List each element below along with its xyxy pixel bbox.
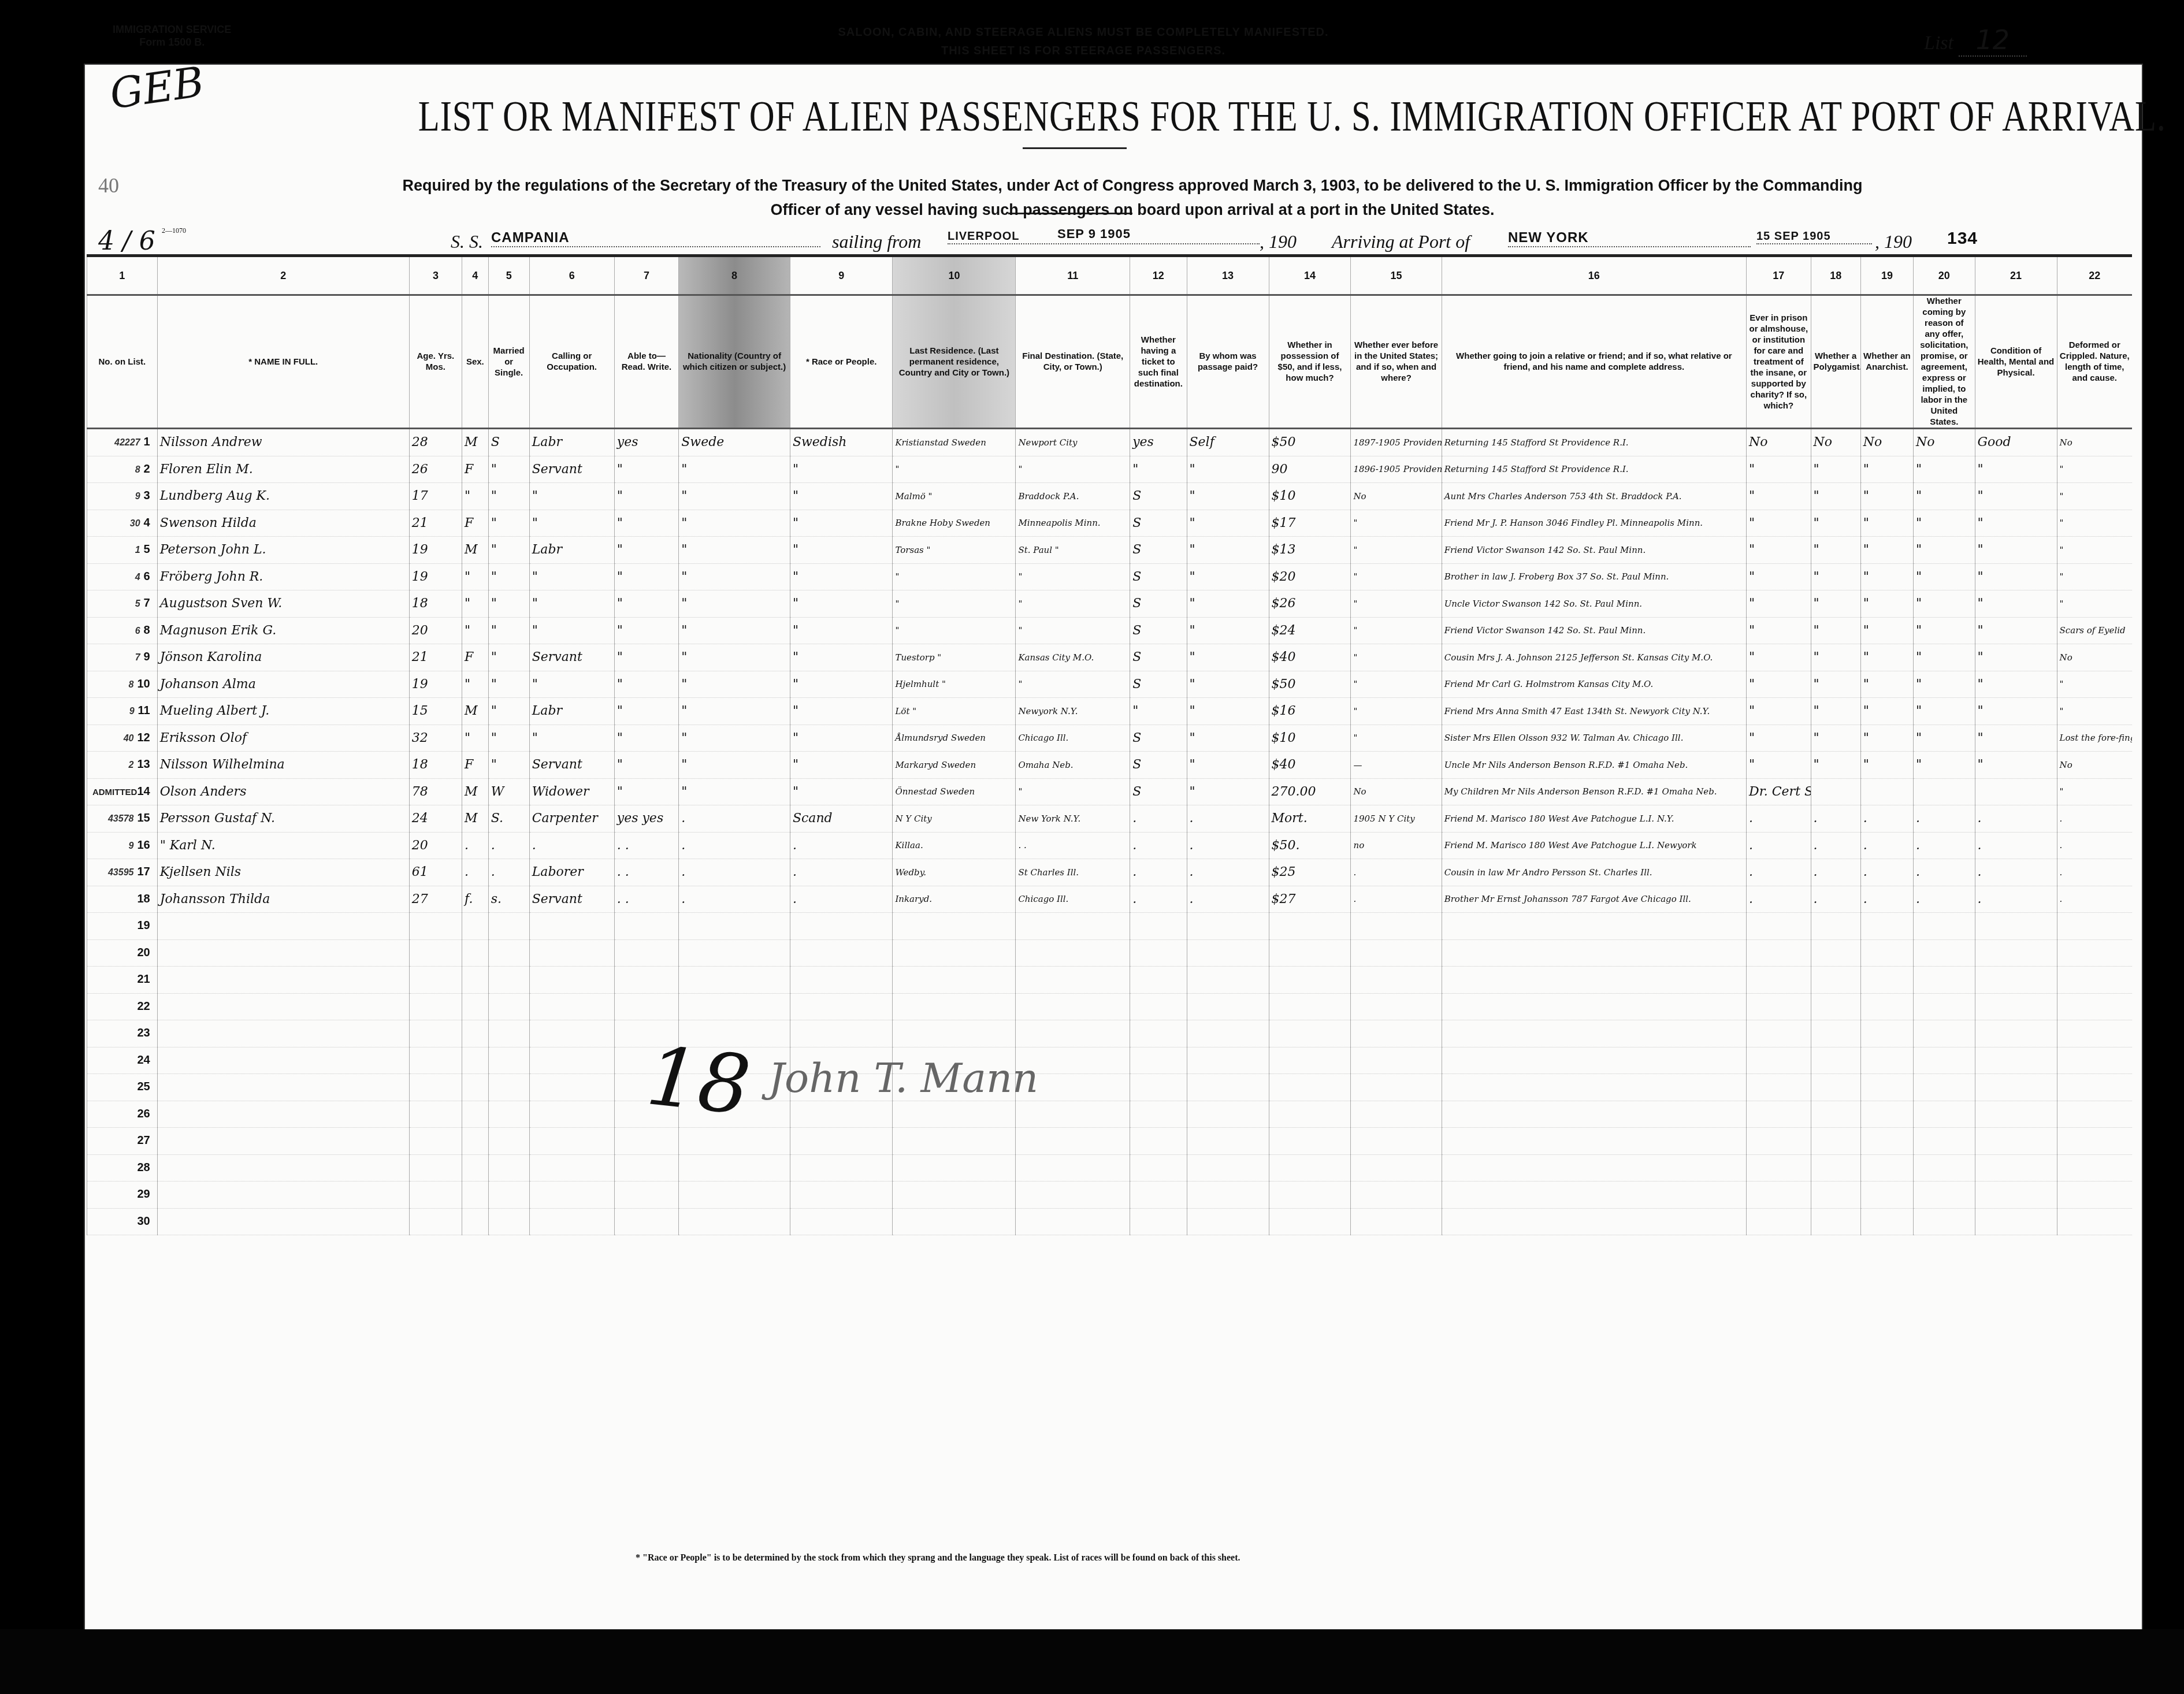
- cell-nationality: Swede: [679, 429, 790, 456]
- empty-cell: [1442, 1128, 1746, 1155]
- cell-name: Olson Anders: [157, 778, 409, 805]
- empty-cell: [462, 1047, 489, 1074]
- empty-cell: [1811, 1182, 1860, 1209]
- cell-health: ": [1975, 510, 2057, 537]
- row-no: 15: [137, 812, 150, 824]
- empty-cell: [893, 993, 1016, 1020]
- empty-cell: [1914, 1074, 1975, 1101]
- cell-polygamist: ": [1811, 537, 1860, 564]
- cell-destination: New York N.Y.: [1016, 805, 1130, 833]
- empty-cell: [1860, 1182, 1913, 1209]
- cell-health: ": [1975, 483, 2057, 510]
- empty-cell: [1442, 1074, 1746, 1101]
- empty-cell: [2057, 993, 2132, 1020]
- cell-occupation: ": [529, 725, 614, 752]
- empty-cell: [1860, 993, 1913, 1020]
- empty-cell: [790, 993, 892, 1020]
- cell-residence: Markaryd Sweden: [893, 752, 1016, 779]
- empty-cell: [1442, 939, 1746, 967]
- cell-read-write: ": [614, 617, 679, 644]
- empty-cell: [1187, 1074, 1269, 1101]
- cell-anarchist: ": [1860, 617, 1913, 644]
- cell-paid-by: ": [1187, 563, 1269, 590]
- empty-cell: [1914, 1128, 1975, 1155]
- cell-before-us: ": [1351, 671, 1442, 698]
- cell-name: Lundberg Aug K.: [157, 483, 409, 510]
- row-annotation: 4: [135, 573, 140, 582]
- empty-cell: [529, 993, 614, 1020]
- table-row: 304Swenson Hilda21F"""""Brakne Hoby Swed…: [87, 510, 2133, 537]
- cell-polygamist: ": [1811, 698, 1860, 725]
- cell-ticket: ": [1130, 456, 1187, 483]
- cell-age: 17: [409, 483, 462, 510]
- row-number: 422271: [87, 429, 158, 456]
- row-number: 23: [87, 1020, 158, 1047]
- cell-polygamist: .: [1811, 832, 1860, 859]
- cell-married: S.: [488, 805, 529, 833]
- cell-deformed: ": [2057, 537, 2132, 564]
- cell-prison: ": [1747, 752, 1811, 779]
- table-row: 4359517Kjellsen Nils61..Laborer. ...Wedb…: [87, 859, 2133, 886]
- cell-join: Friend Victor Swanson 142 So. St. Paul M…: [1442, 617, 1746, 644]
- empty-cell: [2057, 1101, 2132, 1128]
- cell-married: ": [488, 456, 529, 483]
- cell-anarchist: ": [1860, 537, 1913, 564]
- cell-read-write: ": [614, 698, 679, 725]
- empty-cell: [157, 939, 409, 967]
- cell-name: Persson Gustaf N.: [157, 805, 409, 833]
- cell-prison: .: [1747, 832, 1811, 859]
- cell-residence: Tuestorp ": [893, 644, 1016, 671]
- empty-cell: [679, 993, 790, 1020]
- cell-prison: ": [1747, 644, 1811, 671]
- cell-ticket: yes: [1130, 429, 1187, 456]
- row-number: 810: [87, 671, 158, 698]
- empty-cell: [1747, 939, 1811, 967]
- tally-mark: 18: [642, 1029, 755, 1134]
- table-row: 911Mueling Albert J.15M"Labr"""Löt "Newy…: [87, 698, 2133, 725]
- row-number: 68: [87, 617, 158, 644]
- cell-join: Friend Mr Carl G. Holmstrom Kansas City …: [1442, 671, 1746, 698]
- empty-cell: [1914, 1154, 1975, 1182]
- cell-anarchist: .: [1860, 859, 1913, 886]
- row-no: 4: [144, 517, 150, 529]
- cell-money: $10: [1269, 725, 1351, 752]
- cell-anarchist: ": [1860, 456, 1913, 483]
- empty-cell: [462, 939, 489, 967]
- cell-prison: Dr. Cert Senility: [1747, 778, 1811, 805]
- cell-nationality: ": [679, 510, 790, 537]
- cell-name: Magnuson Erik G.: [157, 617, 409, 644]
- empty-cell: [409, 1101, 462, 1128]
- cell-polygamist: ": [1811, 590, 1860, 618]
- cell-join: Returning 145 Stafford St Providence R.I…: [1442, 456, 1746, 483]
- cell-age: 19: [409, 537, 462, 564]
- col-num: 5: [488, 256, 529, 295]
- cell-before-us: 1905 N Y City: [1351, 805, 1442, 833]
- table-row: 46Fröberg John R.19""""""""S"$20"Brother…: [87, 563, 2133, 590]
- empty-cell: [409, 913, 462, 940]
- empty-cell: [679, 939, 790, 967]
- stamp-number: 134: [1947, 229, 1978, 248]
- empty-cell: [1016, 1020, 1130, 1047]
- cell-nationality: .: [679, 832, 790, 859]
- empty-cell: [1351, 1020, 1442, 1047]
- empty-cell: [1351, 1128, 1442, 1155]
- cell-labor: ": [1914, 671, 1975, 698]
- cell-ticket: S: [1130, 778, 1187, 805]
- empty-cell: [1747, 913, 1811, 940]
- empty-cell: [1442, 1047, 1746, 1074]
- cell-residence: Ålmundsryd Sweden: [893, 725, 1016, 752]
- empty-cell: [1860, 1128, 1913, 1155]
- cell-before-us: No: [1351, 778, 1442, 805]
- year-suffix: , 190: [1260, 231, 1297, 252]
- row-number: 21: [87, 967, 158, 994]
- cell-name: Johanson Alma: [157, 671, 409, 698]
- cell-age: 19: [409, 671, 462, 698]
- arriving-label: Arriving at Port of: [1332, 231, 1470, 252]
- empty-cell: [1130, 1154, 1187, 1182]
- cell-destination: Omaha Neb.: [1016, 752, 1130, 779]
- cell-join: Uncle Victor Swanson 142 So. St. Paul Mi…: [1442, 590, 1746, 618]
- cell-occupation: Labr: [529, 429, 614, 456]
- reference-number: 4 / 6: [98, 226, 155, 256]
- cell-destination: Newyork N.Y.: [1016, 698, 1130, 725]
- empty-cell: [614, 993, 679, 1020]
- col-num: 2: [157, 256, 409, 295]
- col-num: 12: [1130, 256, 1187, 295]
- cell-polygamist: ": [1811, 510, 1860, 537]
- header-passage-paid: By whom was passage paid?: [1187, 295, 1269, 429]
- col-num: 17: [1747, 256, 1811, 295]
- col-num: 4: [462, 256, 489, 295]
- empty-cell: [614, 913, 679, 940]
- cell-sex: M: [462, 537, 489, 564]
- cell-occupation: ": [529, 563, 614, 590]
- sailing-label: sailing from: [832, 231, 921, 252]
- cell-join: Uncle Mr Nils Anderson Benson R.F.D. #1 …: [1442, 752, 1746, 779]
- empty-cell: [1269, 993, 1351, 1020]
- cell-race: ": [790, 456, 892, 483]
- header-race: * Race or People.: [790, 295, 892, 429]
- cell-money: $16: [1269, 698, 1351, 725]
- empty-cell: [1811, 913, 1860, 940]
- cell-polygamist: ": [1811, 456, 1860, 483]
- row-annotation: 6: [135, 626, 140, 636]
- empty-cell: [1016, 1128, 1130, 1155]
- empty-cell: [1130, 1128, 1187, 1155]
- col-num: 18: [1811, 256, 1860, 295]
- cell-money: $17: [1269, 510, 1351, 537]
- cell-join: Cousin in law Mr Andro Persson St. Charl…: [1442, 859, 1746, 886]
- cell-anarchist: .: [1860, 805, 1913, 833]
- cell-anarchist: ": [1860, 590, 1913, 618]
- row-annotation: 40: [124, 734, 134, 744]
- cell-health: ": [1975, 698, 2057, 725]
- empty-cell: [462, 1128, 489, 1155]
- cell-read-write: yes yes: [614, 805, 679, 833]
- table-row: 4012Eriksson Olof32""""""Ålmundsryd Swed…: [87, 725, 2133, 752]
- empty-cell: [1187, 967, 1269, 994]
- cell-before-us: .: [1351, 886, 1442, 913]
- cell-deformed: .: [2057, 832, 2132, 859]
- row-number: 26: [87, 1101, 158, 1128]
- empty-cell: [1269, 1128, 1351, 1155]
- cell-anarchist: ": [1860, 510, 1913, 537]
- col-num: 8: [679, 256, 790, 295]
- cell-read-write: ": [614, 537, 679, 564]
- cell-nationality: ": [679, 537, 790, 564]
- cell-before-us: ": [1351, 698, 1442, 725]
- cell-before-us: ": [1351, 590, 1442, 618]
- cell-married: S: [488, 429, 529, 456]
- cell-labor: ": [1914, 483, 1975, 510]
- empty-cell: [790, 913, 892, 940]
- row-number: 22: [87, 993, 158, 1020]
- cell-race: ": [790, 752, 892, 779]
- cell-residence: ": [893, 617, 1016, 644]
- empty-cell: [893, 1182, 1016, 1209]
- cell-nationality: ": [679, 563, 790, 590]
- cell-ticket: S: [1130, 671, 1187, 698]
- header-contract-labor: Whether coming by reason of any offer, s…: [1914, 295, 1975, 429]
- cell-labor: ": [1914, 752, 1975, 779]
- empty-cell: [1860, 967, 1913, 994]
- empty-cell: [1442, 967, 1746, 994]
- arrival-year-suffix: , 190: [1875, 231, 1912, 252]
- header-sex: Sex.: [462, 295, 489, 429]
- empty-cell: [1130, 939, 1187, 967]
- cell-deformed: ": [2057, 698, 2132, 725]
- empty-row: 25: [87, 1074, 2133, 1101]
- cell-read-write: ": [614, 483, 679, 510]
- empty-cell: [462, 1074, 489, 1101]
- cell-married: ": [488, 725, 529, 752]
- cell-sex: F: [462, 510, 489, 537]
- cell-join: Aunt Mrs Charles Anderson 753 4th St. Br…: [1442, 483, 1746, 510]
- cell-deformed: .: [2057, 886, 2132, 913]
- cell-sex: ": [462, 563, 489, 590]
- row-no: 14: [137, 785, 150, 798]
- cell-nationality: .: [679, 805, 790, 833]
- cell-money: $50.: [1269, 832, 1351, 859]
- empty-cell: [1860, 1154, 1913, 1182]
- cell-nationality: .: [679, 859, 790, 886]
- cell-read-write: ": [614, 725, 679, 752]
- row-annotation: 43595: [108, 868, 134, 878]
- cell-labor: .: [1914, 886, 1975, 913]
- row-number: ADMITTED14: [87, 778, 158, 805]
- cell-paid-by: .: [1187, 805, 1269, 833]
- empty-cell: [1351, 993, 1442, 1020]
- regulation-text: Required by the regulations of the Secre…: [243, 173, 2022, 222]
- empty-cell: [488, 1101, 529, 1128]
- cell-destination: St Charles Ill.: [1016, 859, 1130, 886]
- empty-cell: [1747, 993, 1811, 1020]
- col-num: 7: [614, 256, 679, 295]
- empty-cell: [462, 1208, 489, 1235]
- empty-cell: [409, 967, 462, 994]
- row-number: 79: [87, 644, 158, 671]
- cell-labor: No: [1914, 429, 1975, 456]
- empty-cell: [2057, 967, 2132, 994]
- col-num: 11: [1016, 256, 1130, 295]
- cell-health: ": [1975, 590, 2057, 618]
- notice-line-1: SALOON, CABIN, AND STEERAGE ALIENS MUST …: [711, 23, 1456, 42]
- cell-prison: ": [1747, 483, 1811, 510]
- empty-cell: [1975, 1074, 2057, 1101]
- cell-married: s.: [488, 886, 529, 913]
- table-row: 82Floren Elin M.26F"Servant"""""""901896…: [87, 456, 2133, 483]
- header-no-on-list: No. on List.: [87, 295, 158, 429]
- empty-cell: [157, 993, 409, 1020]
- cell-name: Swenson Hilda: [157, 510, 409, 537]
- empty-cell: [1016, 1208, 1130, 1235]
- row-annotation: 9: [135, 492, 140, 501]
- cell-anarchist: [1860, 778, 1913, 805]
- empty-cell: [1914, 1047, 1975, 1074]
- cell-occupation: ": [529, 671, 614, 698]
- arrival-date: 15 SEP 1905: [1756, 230, 1872, 244]
- header-prison: Ever in prison or almshouse, or institut…: [1747, 295, 1811, 429]
- cell-labor: ": [1914, 510, 1975, 537]
- empty-cell: [1269, 913, 1351, 940]
- row-no: 2: [144, 463, 150, 475]
- col-num: 22: [2057, 256, 2132, 295]
- row-number: 19: [87, 913, 158, 940]
- empty-cell: [1747, 1128, 1811, 1155]
- cell-read-write: . .: [614, 886, 679, 913]
- cell-nationality: ": [679, 590, 790, 618]
- empty-cell: [1975, 939, 2057, 967]
- empty-cell: [157, 1182, 409, 1209]
- cell-age: 18: [409, 590, 462, 618]
- cell-health: [1975, 778, 2057, 805]
- empty-cell: [1747, 1182, 1811, 1209]
- cell-polygamist: [1811, 778, 1860, 805]
- empty-cell: [1016, 1182, 1130, 1209]
- row-no: 1: [144, 436, 150, 448]
- empty-cell: [1811, 1208, 1860, 1235]
- cell-health: ": [1975, 752, 2057, 779]
- departure-date: SEP 9 1905: [1057, 226, 1131, 242]
- cell-ticket: S: [1130, 590, 1187, 618]
- cell-sex: ": [462, 590, 489, 618]
- empty-cell: [1269, 1074, 1351, 1101]
- empty-cell: [2057, 1074, 2132, 1101]
- cell-sex: ": [462, 725, 489, 752]
- cell-money: 90: [1269, 456, 1351, 483]
- empty-cell: [1860, 913, 1913, 940]
- cell-polygamist: ": [1811, 617, 1860, 644]
- row-no: 3: [144, 489, 150, 502]
- row-no: 5: [144, 543, 150, 556]
- cell-sex: M: [462, 698, 489, 725]
- cell-race: ": [790, 563, 892, 590]
- table-row: 93Lundberg Aug K.17""""""Malmö "Braddock…: [87, 483, 2133, 510]
- header-read-write: Able to— Read. Write.: [614, 295, 679, 429]
- empty-cell: [1975, 1208, 2057, 1235]
- row-number: 213: [87, 752, 158, 779]
- cell-polygamist: .: [1811, 859, 1860, 886]
- cell-paid-by: .: [1187, 859, 1269, 886]
- row-no: 7: [144, 597, 150, 610]
- cell-residence: Löt ": [893, 698, 1016, 725]
- empty-cell: [409, 1128, 462, 1155]
- empty-cell: [1975, 1128, 2057, 1155]
- empty-cell: [1914, 939, 1975, 967]
- cell-destination: Chicago Ill.: [1016, 725, 1130, 752]
- cell-age: 20: [409, 617, 462, 644]
- empty-cell: [409, 939, 462, 967]
- header-anarchist: Whether an Anarchist.: [1860, 295, 1913, 429]
- empty-cell: [893, 1101, 1016, 1128]
- cell-read-write: ": [614, 644, 679, 671]
- cell-age: 78: [409, 778, 462, 805]
- cell-race: ": [790, 510, 892, 537]
- row-no: 10: [137, 678, 150, 690]
- empty-cell: [790, 1101, 892, 1128]
- empty-row: 30: [87, 1208, 2133, 1235]
- cell-join: Friend Mr J. P. Hanson 3046 Findley Pl. …: [1442, 510, 1746, 537]
- cell-prison: .: [1747, 805, 1811, 833]
- empty-cell: [529, 1074, 614, 1101]
- cell-join: Sister Mrs Ellen Olsson 932 W. Talman Av…: [1442, 725, 1746, 752]
- cell-health: ": [1975, 644, 2057, 671]
- cell-race: .: [790, 832, 892, 859]
- empty-cell: [529, 1182, 614, 1209]
- empty-cell: [790, 1020, 892, 1047]
- empty-cell: [1269, 967, 1351, 994]
- cell-read-write: ": [614, 510, 679, 537]
- cell-deformed: ": [2057, 778, 2132, 805]
- cell-destination: Minneapolis Minn.: [1016, 510, 1130, 537]
- cell-race: ": [790, 617, 892, 644]
- empty-cell: [614, 939, 679, 967]
- cell-occupation: Laborer: [529, 859, 614, 886]
- cell-deformed: ": [2057, 483, 2132, 510]
- table-row: ADMITTED14Olson Anders78MWWidower"""Önne…: [87, 778, 2133, 805]
- cell-prison: .: [1747, 859, 1811, 886]
- empty-cell: [157, 913, 409, 940]
- table-row: 213Nilsson Wilhelmina18F"Servant"""Marka…: [87, 752, 2133, 779]
- col-num: 14: [1269, 256, 1351, 295]
- cell-deformed: ": [2057, 456, 2132, 483]
- cell-race: ": [790, 483, 892, 510]
- cell-residence: Killaa.: [893, 832, 1016, 859]
- empty-cell: [488, 939, 529, 967]
- empty-cell: [1811, 1047, 1860, 1074]
- col-num: 13: [1187, 256, 1269, 295]
- cell-race: ": [790, 537, 892, 564]
- cell-money: Mort.: [1269, 805, 1351, 833]
- cell-nationality: ": [679, 483, 790, 510]
- col-num: 10: [893, 256, 1016, 295]
- cell-labor: ": [1914, 617, 1975, 644]
- row-number: 916: [87, 832, 158, 859]
- empty-cell: [1016, 939, 1130, 967]
- table-row: 4357815Persson Gustaf N.24MS.Carpenterye…: [87, 805, 2133, 833]
- empty-cell: [1269, 939, 1351, 967]
- empty-cell: [488, 967, 529, 994]
- empty-cell: [1860, 1074, 1913, 1101]
- cell-name: Kjellsen Nils: [157, 859, 409, 886]
- cell-paid-by: ": [1187, 456, 1269, 483]
- row-number: 27: [87, 1128, 158, 1155]
- cell-read-write: ": [614, 563, 679, 590]
- page-number: 40: [98, 173, 119, 198]
